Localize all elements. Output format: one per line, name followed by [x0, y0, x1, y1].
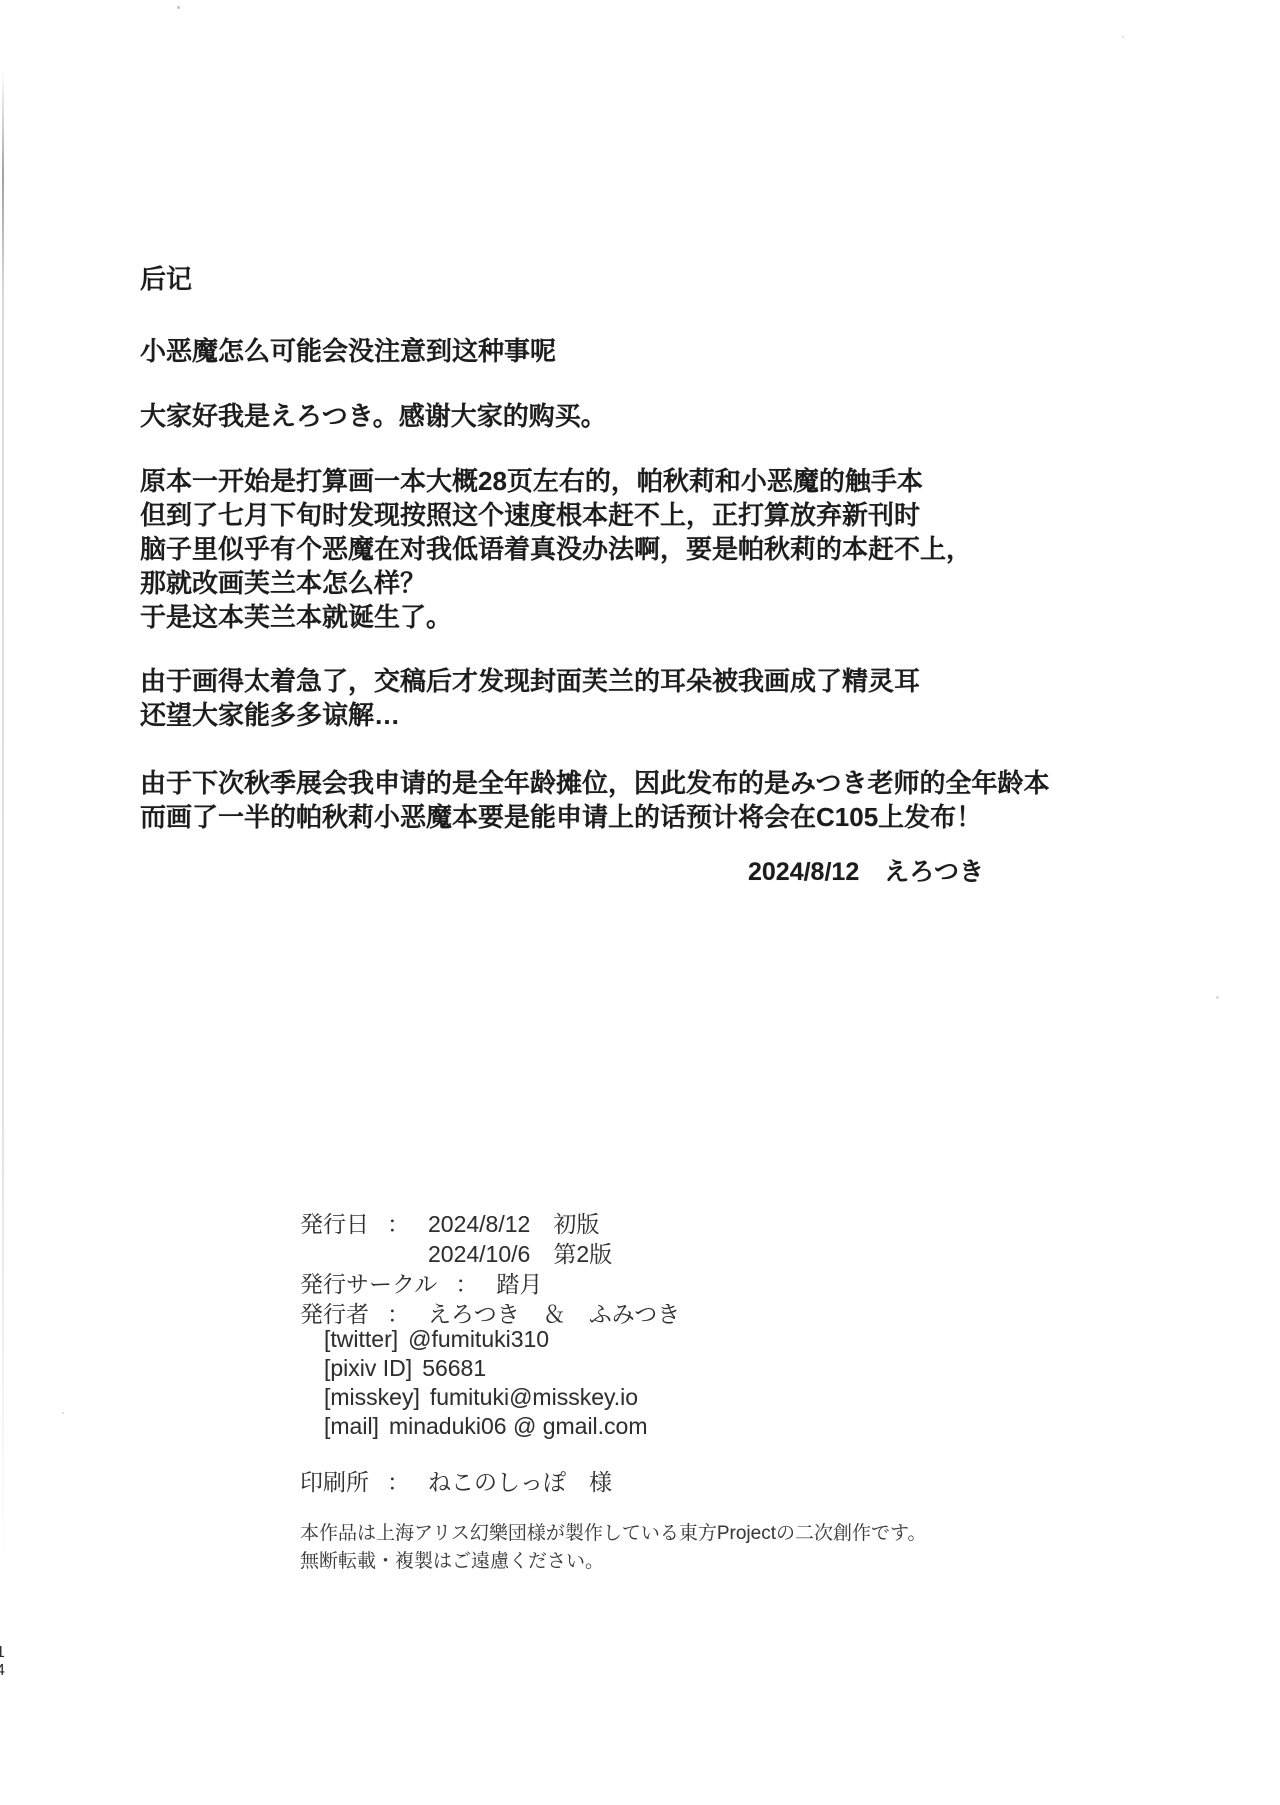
contact-mail-row: [mail]minaduki06 @ gmail.com: [324, 1413, 648, 1440]
mail-tag: [mail]: [324, 1413, 379, 1439]
circle-label: 発行サークル: [300, 1271, 437, 1297]
printer-name: ねこのしっぽ 様: [428, 1469, 612, 1495]
twitter-tag: [twitter]: [324, 1326, 398, 1352]
paragraph-line: 脑子里似乎有个恶魔在对我低语着真没办法啊，要是帕秋莉的本赶不上，: [140, 532, 972, 566]
mail-address: minaduki06 @ gmail.com: [389, 1413, 648, 1439]
colon-separator: ：: [455, 1271, 478, 1297]
paragraph-line: 那就改画芙兰本怎么样？: [140, 566, 972, 600]
contact-misskey-row: [misskey]fumituki@misskey.io: [324, 1384, 638, 1411]
afterword-page: 后记 小恶魔怎么可能会没注意到这种事呢 大家好我是えろつき。感谢大家的购买。 原…: [0, 0, 1280, 1805]
colophon-circle-row: 発行サークル：踏月: [300, 1266, 542, 1299]
printer-label: 印刷所: [300, 1469, 369, 1495]
disclaimer-line-2: 無断転載・複製はご遠慮ください。: [300, 1546, 604, 1573]
paragraph-line: 原本一开始是打算画一本大概28页左右的，帕秋莉和小恶魔的触手本: [140, 464, 972, 498]
author-date-signature: 2024/8/12 えろつき: [748, 852, 984, 888]
issue-date-label: 発行日: [300, 1211, 369, 1237]
publisher-names: えろつき ＆ ふみつき: [428, 1301, 680, 1327]
scan-speck: [1122, 36, 1124, 38]
contact-twitter-row: [twitter]@fumituki310: [324, 1326, 549, 1353]
colophon-issue-date-row: 発行日：2024/8/12 初版: [300, 1206, 599, 1239]
scan-speck: [1216, 996, 1219, 999]
afterword-opening-line: 小恶魔怎么可能会没注意到这种事呢: [140, 334, 556, 368]
paragraph-line: 由于下次秋季展会我申请的是全年龄摊位，因此发布的是みつき老师的全年龄本: [140, 766, 1049, 800]
misskey-tag: [misskey]: [324, 1384, 420, 1410]
colophon-publisher-row: 発行者：えろつき ＆ ふみつき: [300, 1296, 680, 1329]
disclaimer-line-1: 本作品は上海アリス幻樂団様が製作している東方Projectの二次創作です。: [300, 1518, 926, 1545]
second-edition-value: 2024/10/6 第2版: [428, 1241, 612, 1267]
afterword-paragraph-cover: 由于画得太着急了，交稿后才发现封面芙兰的耳朵被我画成了精灵耳 还望大家能多多谅解…: [140, 664, 920, 732]
page-number-digit: 4: [0, 1662, 10, 1680]
paragraph-line: 于是这本芙兰本就诞生了。: [140, 600, 972, 634]
twitter-handle: @fumituki310: [408, 1326, 549, 1352]
scan-speck: [62, 1412, 64, 1414]
paragraph-line: 还望大家能多多谅解…: [140, 698, 920, 732]
pixiv-tag: [pixiv ID]: [324, 1355, 412, 1381]
paragraph-line: 由于画得太着急了，交稿后才发现封面芙兰的耳朵被我画成了精灵耳: [140, 664, 920, 698]
afterword-paragraph-origin: 原本一开始是打算画一本大概28页左右的，帕秋莉和小恶魔的触手本 但到了七月下旬时…: [140, 464, 972, 634]
paragraph-line: 而画了一半的帕秋莉小恶魔本要是能申请上的话预计将会在C105上发布！: [140, 800, 1049, 834]
publisher-label: 発行者: [300, 1301, 369, 1327]
contact-pixiv-row: [pixiv ID]56681: [324, 1355, 486, 1382]
scan-edge-line: [2, 70, 4, 1580]
page-number-digit: 1: [0, 1644, 10, 1662]
afterword-paragraph-next-event: 由于下次秋季展会我申请的是全年龄摊位，因此发布的是みつき老师的全年龄本 而画了一…: [140, 766, 1049, 834]
first-edition-value: 2024/8/12 初版: [428, 1211, 599, 1237]
scan-speck: [177, 6, 180, 9]
page-number: 1 4: [0, 1644, 10, 1680]
pixiv-id: 56681: [422, 1355, 486, 1381]
colon-separator: ：: [387, 1301, 410, 1327]
colon-separator: ：: [387, 1469, 410, 1495]
afterword-title: 后记: [140, 262, 192, 296]
afterword-greeting-line: 大家好我是えろつき。感谢大家的购买。: [140, 399, 607, 433]
circle-name: 踏月: [496, 1271, 542, 1297]
colophon-second-edition-row: 2024/10/6 第2版: [300, 1236, 612, 1269]
colon-separator: ：: [387, 1211, 410, 1237]
colophon-printer-row: 印刷所：ねこのしっぽ 様: [300, 1464, 612, 1497]
paragraph-line: 但到了七月下旬时发现按照这个速度根本赶不上，正打算放弃新刊时: [140, 498, 972, 532]
misskey-handle: fumituki@misskey.io: [430, 1384, 638, 1410]
